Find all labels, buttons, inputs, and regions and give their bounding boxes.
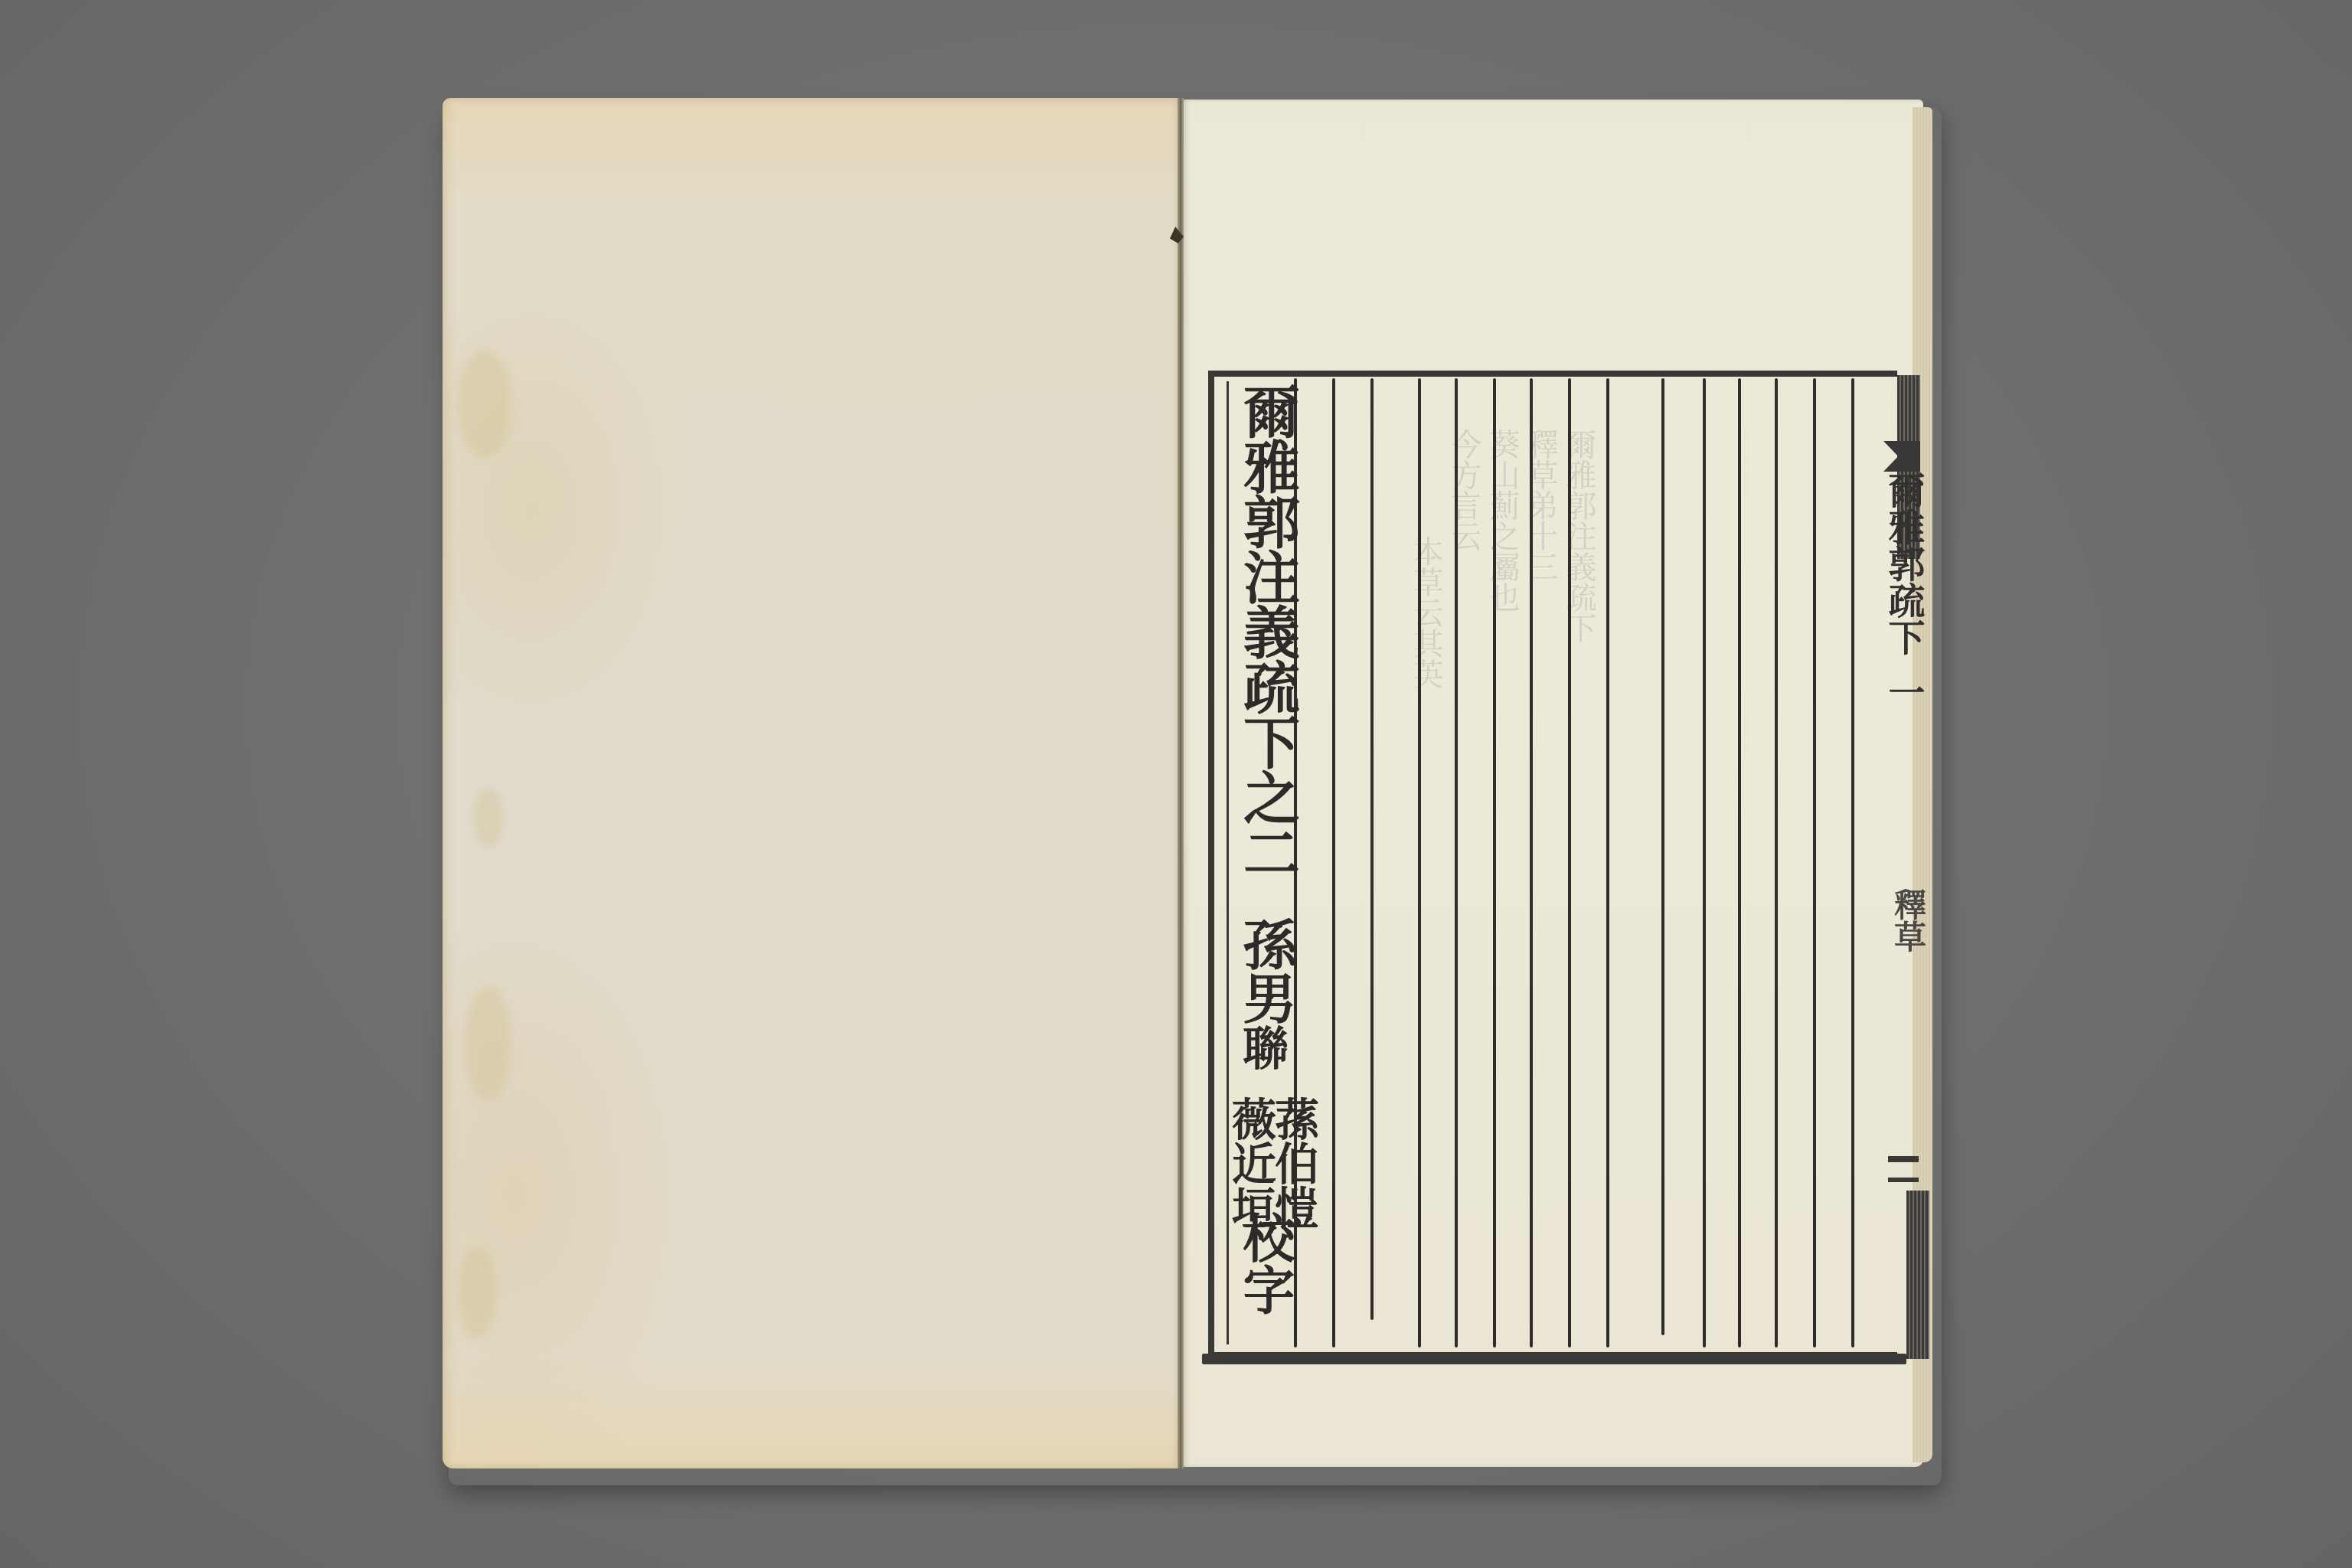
collator-surname-char: 聯 — [1239, 1024, 1285, 1070]
water-stain — [458, 351, 511, 458]
bottom-border-ink — [1202, 1354, 1906, 1364]
column-rule — [1851, 378, 1854, 1347]
book-gutter — [1178, 98, 1184, 1468]
slip-chapter: 釋草 — [1885, 888, 1931, 952]
left-page — [443, 98, 1179, 1468]
slip-black-mouth-bottom — [1906, 1191, 1929, 1359]
volume-title: 爾雅郭注義疏下之二 — [1239, 383, 1295, 879]
column-rule — [1568, 378, 1571, 1347]
column-rule — [1418, 378, 1421, 1347]
column-rule — [1370, 378, 1374, 1320]
column-rule — [1738, 378, 1741, 1347]
collation-label: 校字 — [1239, 1211, 1291, 1315]
column-rule — [1703, 378, 1706, 1347]
column-rule — [1813, 378, 1816, 1347]
slip-title: 爾雅郭疏下 — [1885, 472, 1922, 655]
column-rule — [1455, 378, 1458, 1347]
slip-volume: 一 — [1885, 674, 1922, 710]
collator-name-a: 薇近垣 — [1228, 1096, 1272, 1230]
slip-fishtail-lower — [1888, 1178, 1919, 1182]
column-rule — [1606, 378, 1609, 1347]
column-rule — [1661, 378, 1664, 1335]
water-stain — [458, 1246, 496, 1338]
column-rule — [1775, 378, 1778, 1347]
column-rule — [1493, 378, 1496, 1347]
water-stain — [465, 986, 511, 1101]
water-stain — [473, 787, 504, 848]
column-rule — [1530, 378, 1533, 1347]
slip-fishtail-lower — [1888, 1156, 1919, 1162]
column-rule — [1332, 378, 1335, 1347]
collator-name-b: 蓀伯愷 — [1271, 1096, 1315, 1230]
collator-relation: 孫男 — [1239, 917, 1292, 1024]
